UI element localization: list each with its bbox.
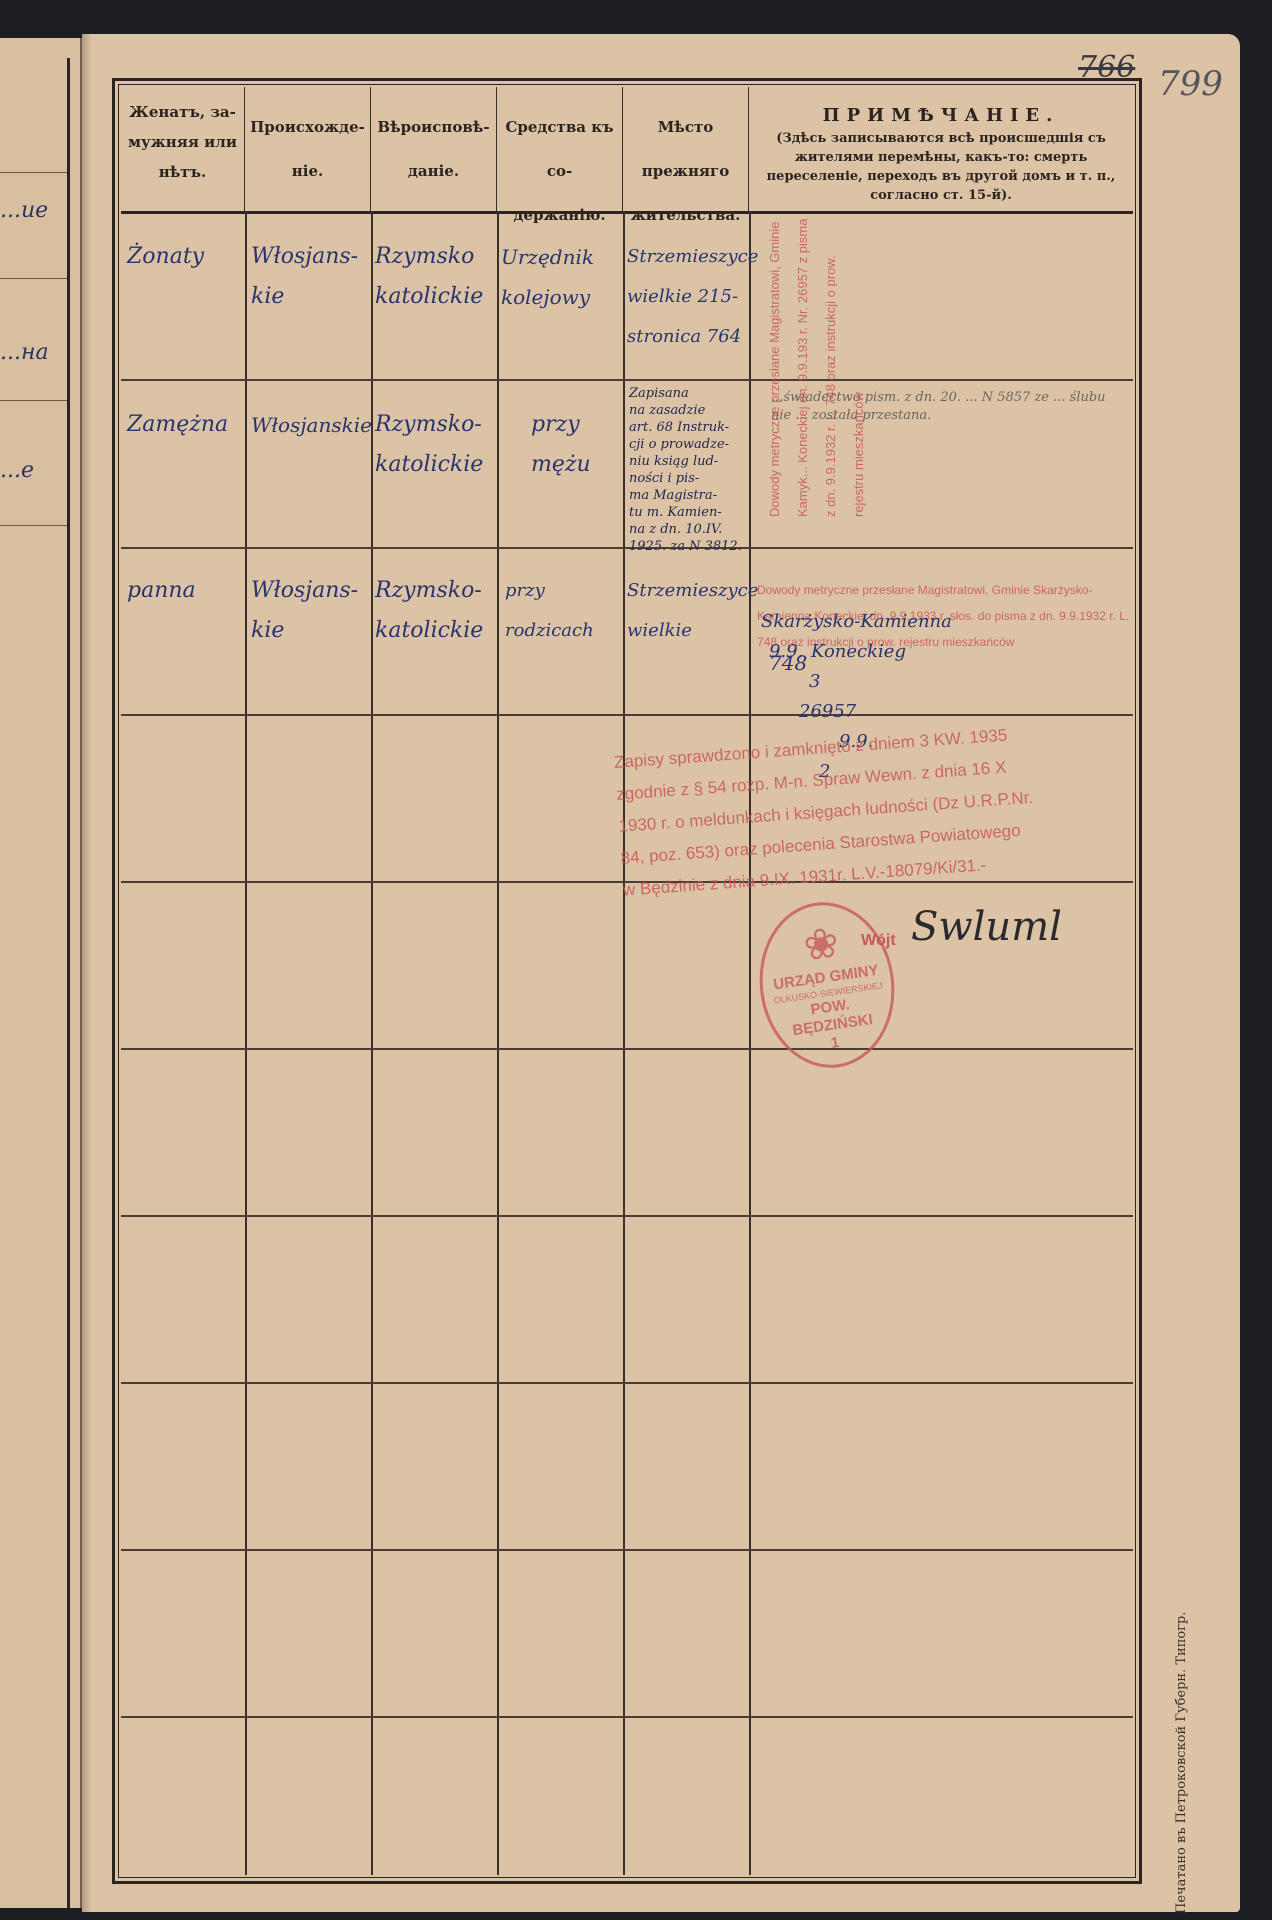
facing-page-border (67, 58, 70, 1908)
register-page: 766 799 Женатъ, за- мужняя или нѣтъ. Про… (82, 34, 1240, 1912)
row-divider (121, 379, 1133, 381)
column-divider (245, 211, 247, 1875)
row-divider (121, 714, 1133, 716)
row-divider (121, 1215, 1133, 1217)
column-header-religion: Вѣроисповѣ- даніе. (371, 87, 497, 211)
row3-marital: panna (127, 571, 196, 611)
facing-page-fragment: ...на (0, 340, 49, 365)
header-label: Происхожде- ніе. (250, 118, 365, 180)
hand-note-number: 26957 (799, 701, 856, 722)
row2-religion: Rzymsko- katolickie (375, 405, 483, 485)
page-number: 799 (1158, 64, 1223, 104)
row-divider (121, 1549, 1133, 1551)
row2-origin: Włosjanskie (251, 405, 372, 445)
column-divider (749, 211, 751, 1875)
row2-pencil-note: ...świadectwo pism. z dn. 20. ... N 5857… (771, 389, 1111, 425)
header-label: Средства къ со- держанію. (505, 118, 613, 224)
row-divider (121, 1716, 1133, 1718)
column-header-origin: Происхожде- ніе. (245, 87, 371, 211)
facing-page-fragment: ...е (0, 458, 34, 483)
rotated-stamp-text: Dowody metryczne przesłane Magistratowi,… (761, 217, 873, 517)
row-divider (121, 1048, 1133, 1050)
header-label: Мѣсто прежняго жительства. (631, 118, 741, 224)
row1-marital: Żonaty (127, 237, 204, 277)
facing-page-rule (0, 525, 67, 526)
facing-page-rule (0, 172, 67, 173)
register-table: Женатъ, за- мужняя или нѣтъ. Происхожде-… (112, 78, 1142, 1884)
row-divider (121, 547, 1133, 549)
row1-means: Urzędnik kolejowy (501, 237, 594, 317)
column-divider (371, 211, 373, 1875)
printer-imprint: Печатано въ Петроковской Губерн. Типогр. (1174, 1554, 1194, 1914)
row-divider (121, 1382, 1133, 1384)
notes-subtitle: (Здѣсь записываются всѣ происшедшія съ ж… (749, 129, 1133, 205)
row2-marital: Zamężna (127, 405, 228, 445)
printer-imprint-text: Печатано въ Петроковской Губерн. Типогр. (1174, 1612, 1189, 1914)
column-header-marital-status: Женатъ, за- мужняя или нѣтъ. (121, 87, 245, 211)
row3-religion: Rzymsko- katolickie (375, 571, 483, 651)
row1-previous-residence: Strzemieszyce wielkie 215- stronica 764 (627, 237, 758, 357)
rotated-metric-stamp: Dowody metryczne przesłane Magistratowi,… (761, 217, 873, 517)
notes-title: ПРИМѢЧАНІЕ. (749, 103, 1133, 129)
signature: Swluml (911, 907, 1062, 947)
row1-origin: Włosjans- kie (251, 237, 358, 317)
header-label: Вѣроисповѣ- даніе. (377, 118, 489, 180)
row3-origin: Włosjans- kie (251, 571, 358, 651)
closing-stamp: Zapisy sprawdzono i zamknięto z dniem 3 … (613, 714, 1103, 907)
column-header-notes: ПРИМѢЧАНІЕ. (Здѣсь записываются всѣ прои… (749, 87, 1133, 211)
row3-means: przy rodzicach (505, 571, 594, 651)
facing-page-rule (0, 278, 67, 279)
hand-note-year: 3 (809, 671, 820, 692)
header-label: Женатъ, за- мужняя или нѣтъ. (128, 103, 237, 181)
column-header-previous-residence: Мѣсто прежняго жительства. (623, 87, 749, 211)
column-divider (497, 211, 499, 1875)
column-header-means: Средства къ со- держанію. (497, 87, 623, 211)
row3-hand-lno: 748 (769, 643, 807, 683)
header-rule (121, 211, 1133, 214)
row1-religion: Rzymsko katolickie (375, 237, 483, 317)
table-grid: Женатъ, за- мужняя или нѣтъ. Происхожде-… (121, 87, 1133, 1875)
row3-previous-residence: Strzemieszyce wielkie (627, 571, 758, 651)
facing-page-edge: ...ие ...на ...е (0, 38, 82, 1908)
row2-means: przy mężu (531, 405, 591, 485)
column-divider (623, 211, 625, 1875)
facing-page-fragment: ...ие (0, 198, 48, 223)
facing-page-rule (0, 400, 67, 401)
row2-previous-residence: Zapisana na zasadzie art. 68 Instruk- cj… (629, 385, 742, 555)
